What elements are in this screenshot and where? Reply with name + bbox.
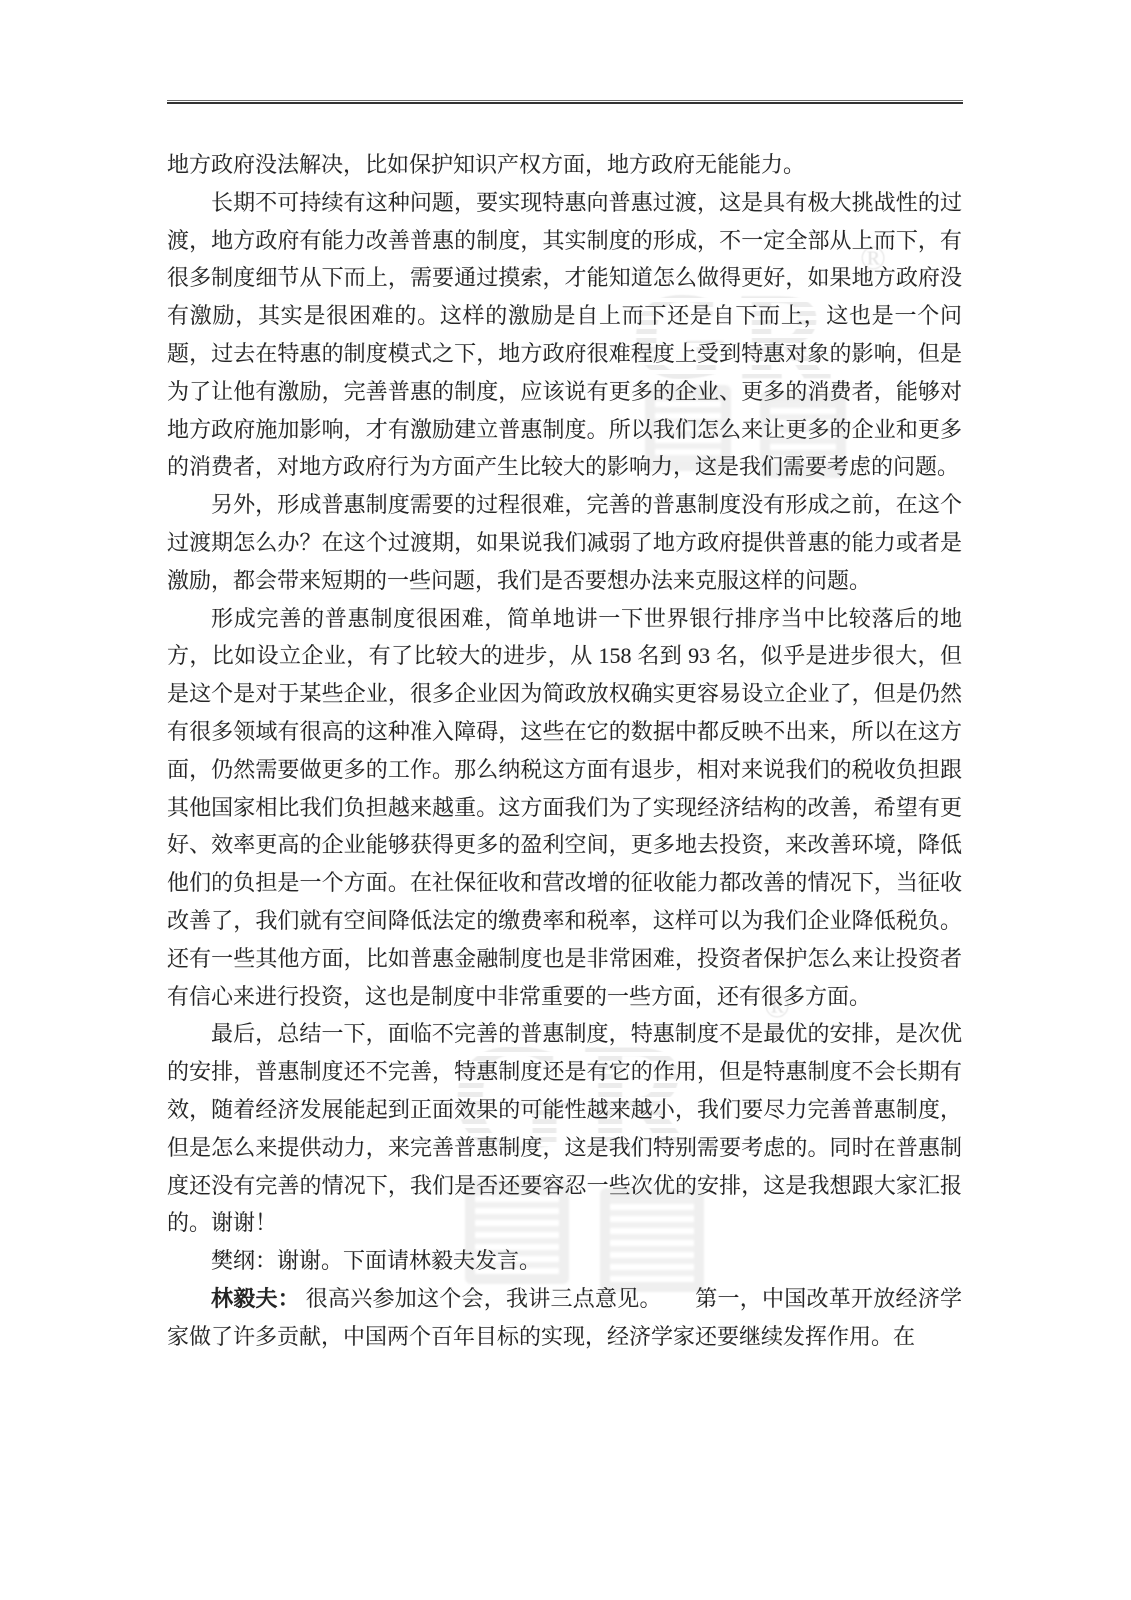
header-rule [167, 100, 963, 104]
paragraph: 地方政府没法解决，比如保护知识产权方面，地方政府无能能力。 [167, 146, 962, 184]
speaker-name: 林毅夫： [211, 1286, 300, 1311]
paragraph: 另外，形成普惠制度需要的过程很难，完善的普惠制度没有形成之前，在这个过渡期怎么办… [167, 486, 962, 599]
paragraph: 樊纲：谢谢。下面请林毅夫发言。 [167, 1242, 962, 1280]
document-page: ® GR ® GR 地方政府没法解决，比如保护知识产权方面，地方政府无能能力。长… [0, 0, 1131, 1600]
paragraph: 最后，总结一下，面临不完善的普惠制度，特惠制度不是最优的安排，是次优的安排，普惠… [167, 1015, 962, 1242]
paragraph: 形成完善的普惠制度很困难，简单地讲一下世界银行排序当中比较落后的地方，比如设立企… [167, 600, 962, 1016]
paragraph: 林毅夫： 很高兴参加这个会，我讲三点意见。 第一，中国改革开放经济学家做了许多贡… [167, 1280, 962, 1356]
paragraph: 长期不可持续有这种问题，要实现特惠向普惠过渡，这是具有极大挑战性的过渡，地方政府… [167, 184, 962, 486]
document-body: 地方政府没法解决，比如保护知识产权方面，地方政府无能能力。长期不可持续有这种问题… [167, 146, 962, 1356]
